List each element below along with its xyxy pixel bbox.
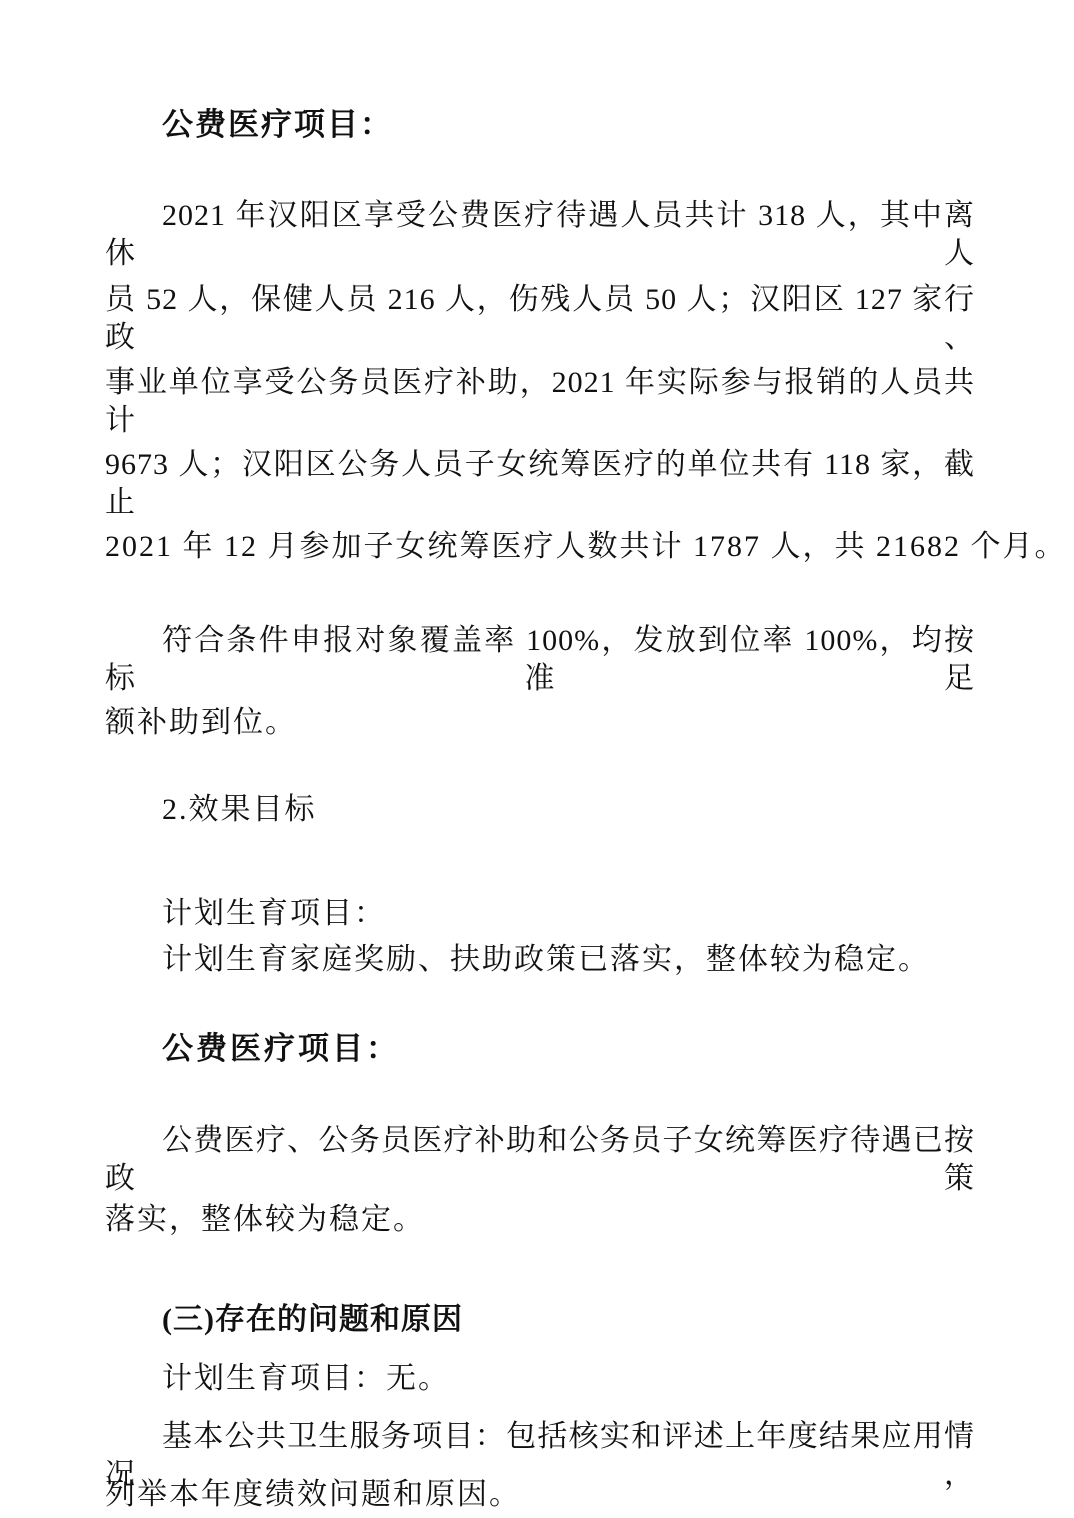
- para-policy-line-2: 落实，整体较为稳定。: [105, 1201, 975, 1239]
- heading-effect-goal: 2.效果目标: [105, 791, 975, 829]
- para-stats-line-3: 事业单位享受公务员医疗补助，2021 年实际参与报销的人员共计: [105, 364, 975, 440]
- para-stats-line-5: 2021 年 12 月参加子女统筹医疗人数共计 1787 人，共 21682 个…: [105, 528, 975, 566]
- para-coverage-line-1: 符合条件申报对象覆盖率 100%，发放到位率 100%，均按标准足: [105, 622, 975, 698]
- family-planning-label: 计划生育项目：: [105, 895, 975, 933]
- section-heading-public-medical-mid: 公费医疗项目：: [105, 1030, 975, 1068]
- document-page: 公费医疗项目： 2021 年汉阳区享受公费医疗待遇人员共计 318 人，其中离休…: [0, 0, 1074, 1518]
- para-stats-line-1: 2021 年汉阳区享受公费医疗待遇人员共计 318 人，其中离休人: [105, 197, 975, 273]
- para-policy-line-1: 公费医疗、公务员医疗补助和公务员子女统筹医疗待遇已按政策: [105, 1122, 975, 1198]
- section-heading-public-medical-top: 公费医疗项目：: [105, 106, 975, 144]
- heading-problems: (三)存在的问题和原因: [105, 1301, 975, 1339]
- family-planning-text: 计划生育家庭奖励、扶助政策已落实，整体较为稳定。: [105, 941, 975, 979]
- family-planning-none: 计划生育项目：无。: [105, 1360, 975, 1398]
- para-stats-line-2: 员 52 人，保健人员 216 人，伤残人员 50 人；汉阳区 127 家行政、: [105, 281, 975, 357]
- para-basic-health-line-2: 列举本年度绩效问题和原因。: [105, 1476, 975, 1514]
- para-stats-line-4: 9673 人；汉阳区公务人员子女统筹医疗的单位共有 118 家，截止: [105, 446, 975, 522]
- para-coverage-line-2: 额补助到位。: [105, 704, 975, 742]
